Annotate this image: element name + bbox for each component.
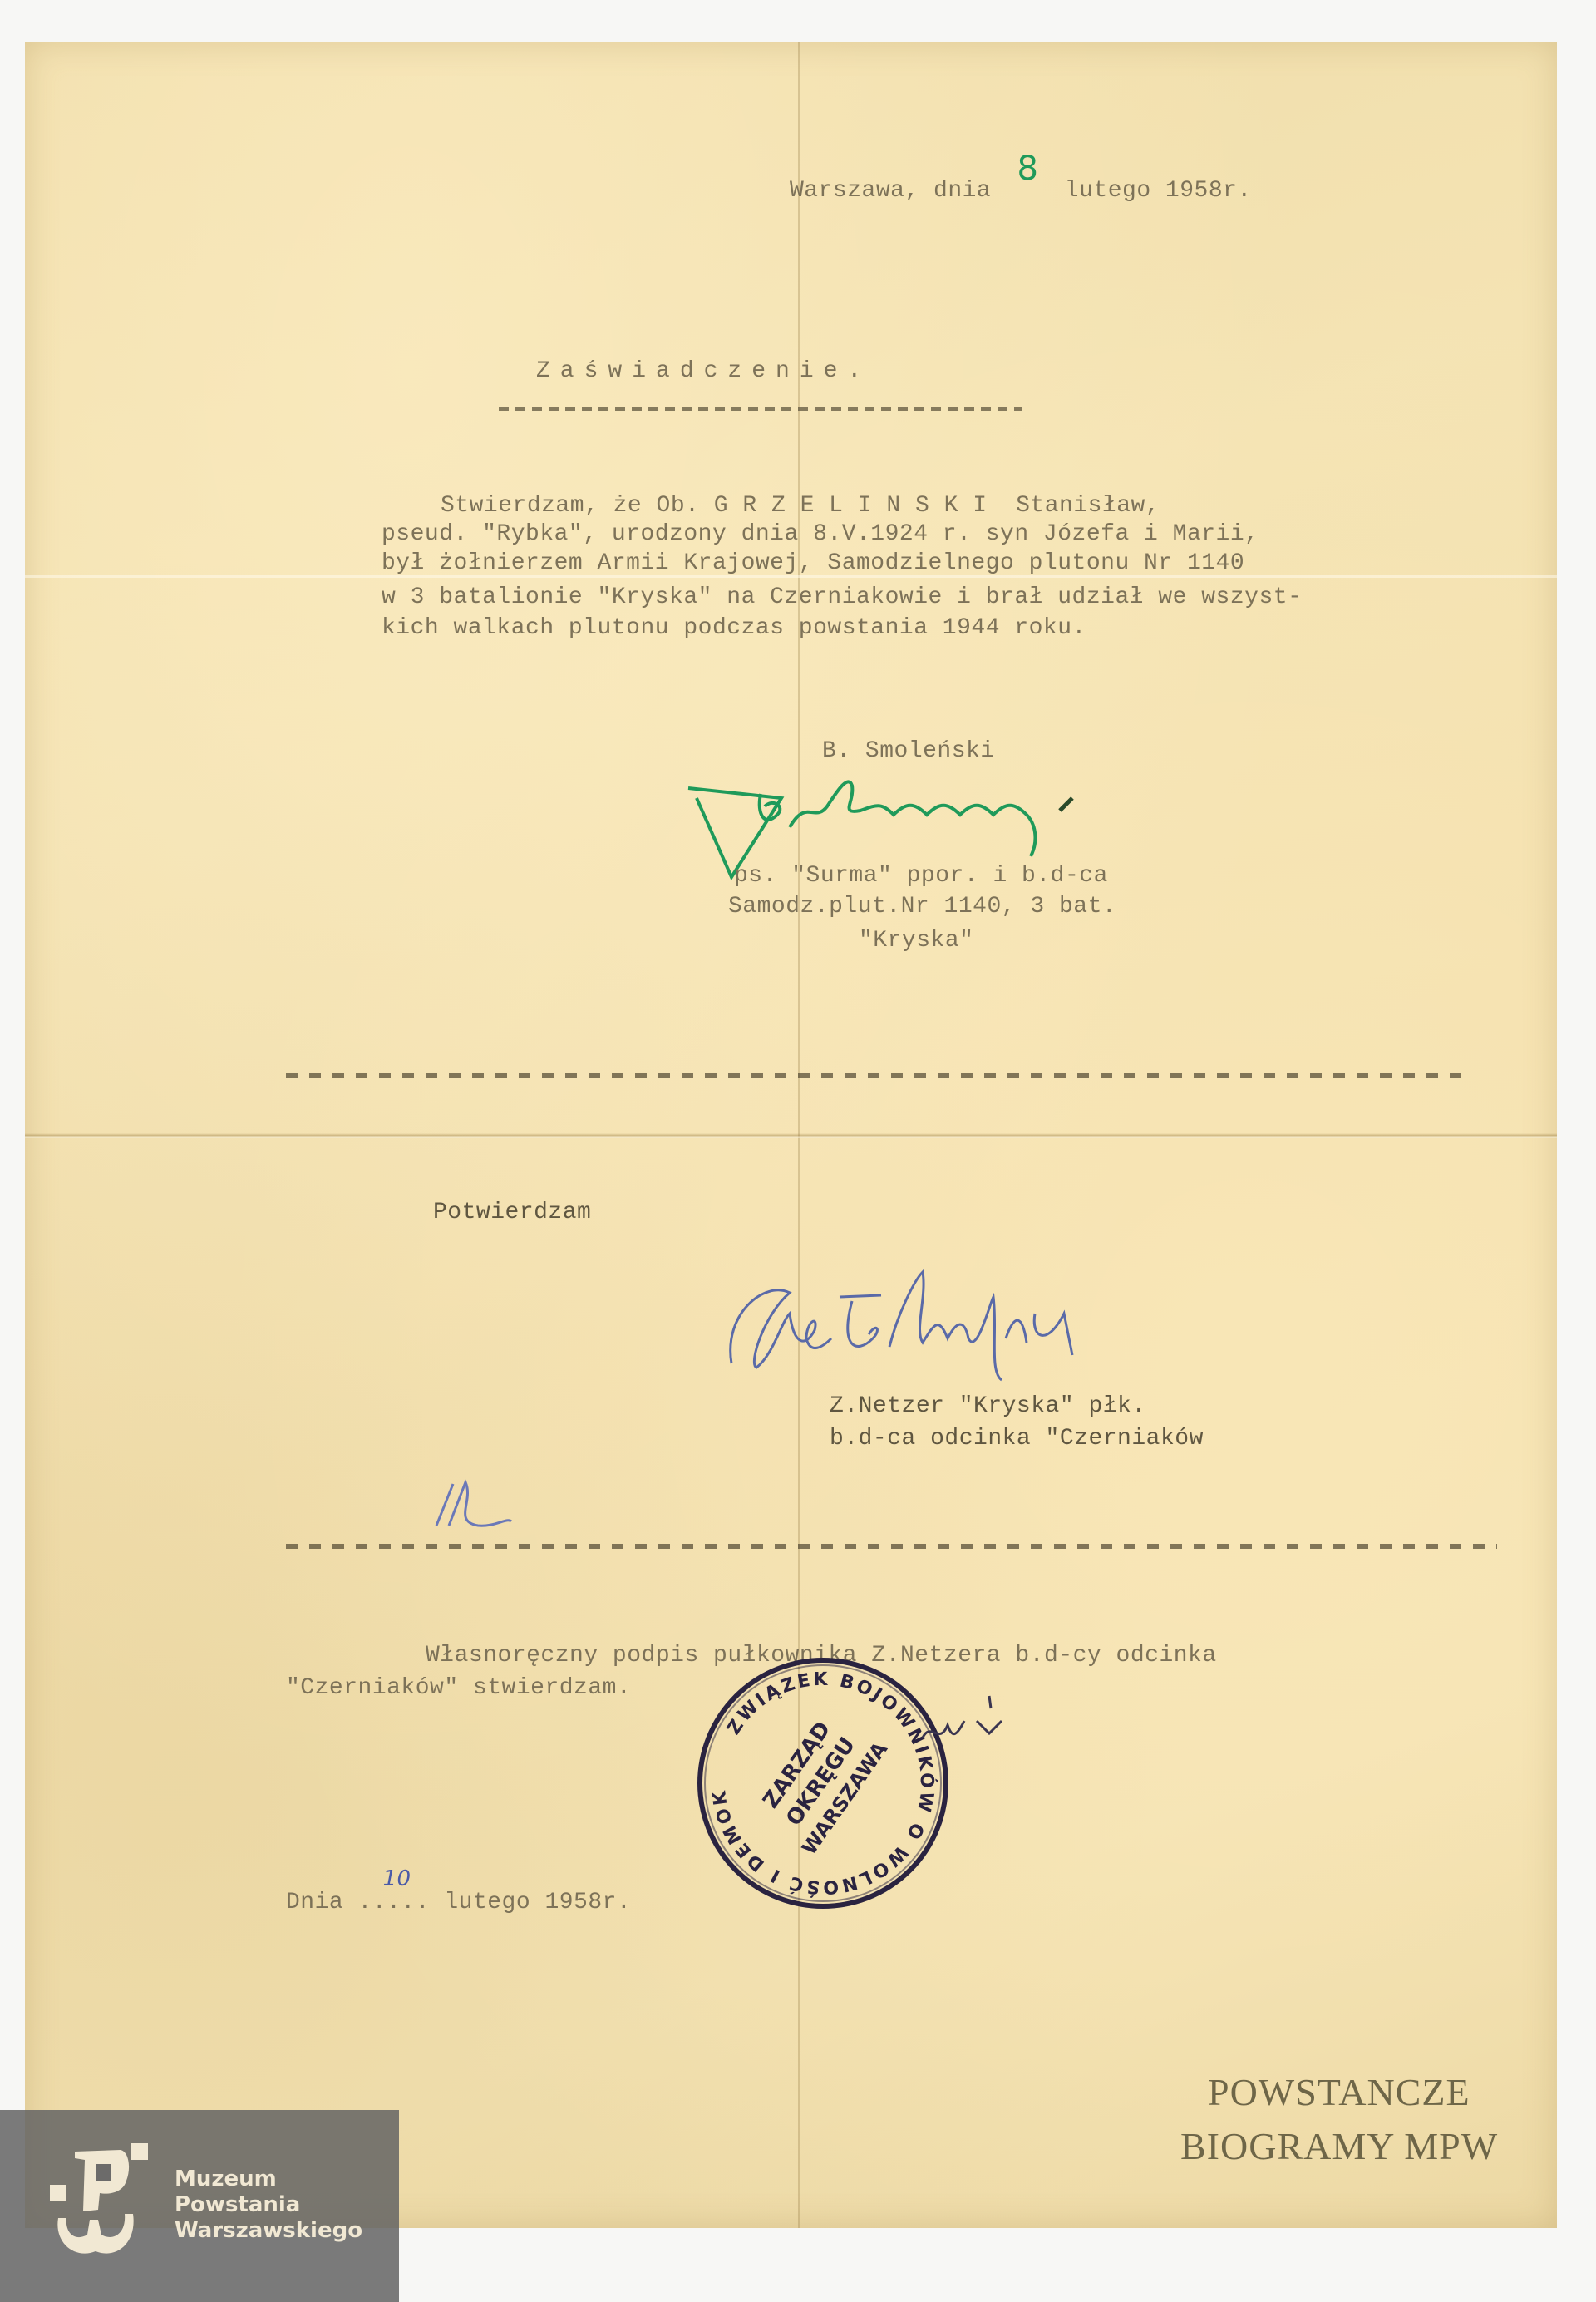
body-line-5: kich walkach plutonu podczas powstania 1…: [382, 616, 1086, 641]
date-dots-wrap: .....10: [358, 1890, 431, 1915]
signatory-1-name: B. Smoleński: [822, 739, 995, 764]
horizontal-fold: [25, 1133, 1557, 1138]
separator-2: [286, 1544, 1497, 1549]
document-title: Zaświadczenie.: [536, 359, 871, 384]
attestation-line-2: "Czerniaków" stwierdzam.: [286, 1676, 631, 1701]
title-underline: [499, 407, 1022, 411]
body-line-2: pseud. "Rybka", urodzony dnia 8.V.1924 r…: [382, 522, 1259, 547]
archive-stamp-line-2: BIOGRAMY MPW: [1180, 2122, 1498, 2171]
date-dots: .....: [358, 1890, 431, 1915]
signatory-1-line-1: ps. "Surma" ppor. i b.d-ca: [734, 864, 1108, 889]
initial-mark-icon: [428, 1476, 528, 1534]
place-date-prefix: Warszawa, dnia: [790, 178, 1006, 204]
body-line-1: Stwierdzam, że Ob. G R Z E L I N S K I S…: [441, 494, 1160, 519]
museum-name: Muzeum Powstania Warszawskiego: [175, 2166, 362, 2244]
handwritten-date-day: 10: [383, 1866, 411, 1891]
handwritten-day: 8: [1006, 150, 1051, 188]
date-prefix: Dnia: [286, 1890, 358, 1915]
archive-stamp-line-1: POWSTANCZE: [1208, 2068, 1470, 2117]
confirmation-line-2: b.d-ca odcinka "Czerniaków: [830, 1427, 1204, 1452]
date-suffix: lutego 1958r.: [430, 1890, 631, 1915]
place-date-suffix: lutego 1958r.: [1051, 178, 1252, 204]
museum-name-line-3: Warszawskiego: [175, 2218, 362, 2244]
place-date-line: Warszawa, dnia 8 lutego 1958r.: [790, 173, 1252, 204]
body-line-3: był żołnierzem Armii Krajowej, Samodziel…: [382, 551, 1244, 576]
handwritten-initials-icon: [898, 1688, 1014, 1762]
museum-watermark: Muzeum Powstania Warszawskiego: [0, 2110, 399, 2302]
body-line-4: w 3 batalionie "Kryska" na Czerniakowie …: [382, 585, 1302, 610]
separator-1: [286, 1073, 1461, 1078]
confirmation-line-1: Z.Netzer "Kryska" płk.: [830, 1394, 1146, 1419]
museum-name-line-1: Muzeum: [175, 2166, 362, 2192]
signatory-1-line-3: "Kryska": [859, 929, 973, 954]
confirmation-label: Potwierdzam: [433, 1200, 591, 1225]
blue-signature-icon: [715, 1264, 1214, 1388]
kotwica-anchor-icon: [50, 2143, 150, 2260]
signatory-1-line-2: Samodz.plut.Nr 1140, 3 bat.: [728, 895, 1116, 919]
attestation-date-line: Dnia .....10 lutego 1958r.: [286, 1890, 631, 1915]
museum-name-line-2: Powstania: [175, 2192, 362, 2218]
